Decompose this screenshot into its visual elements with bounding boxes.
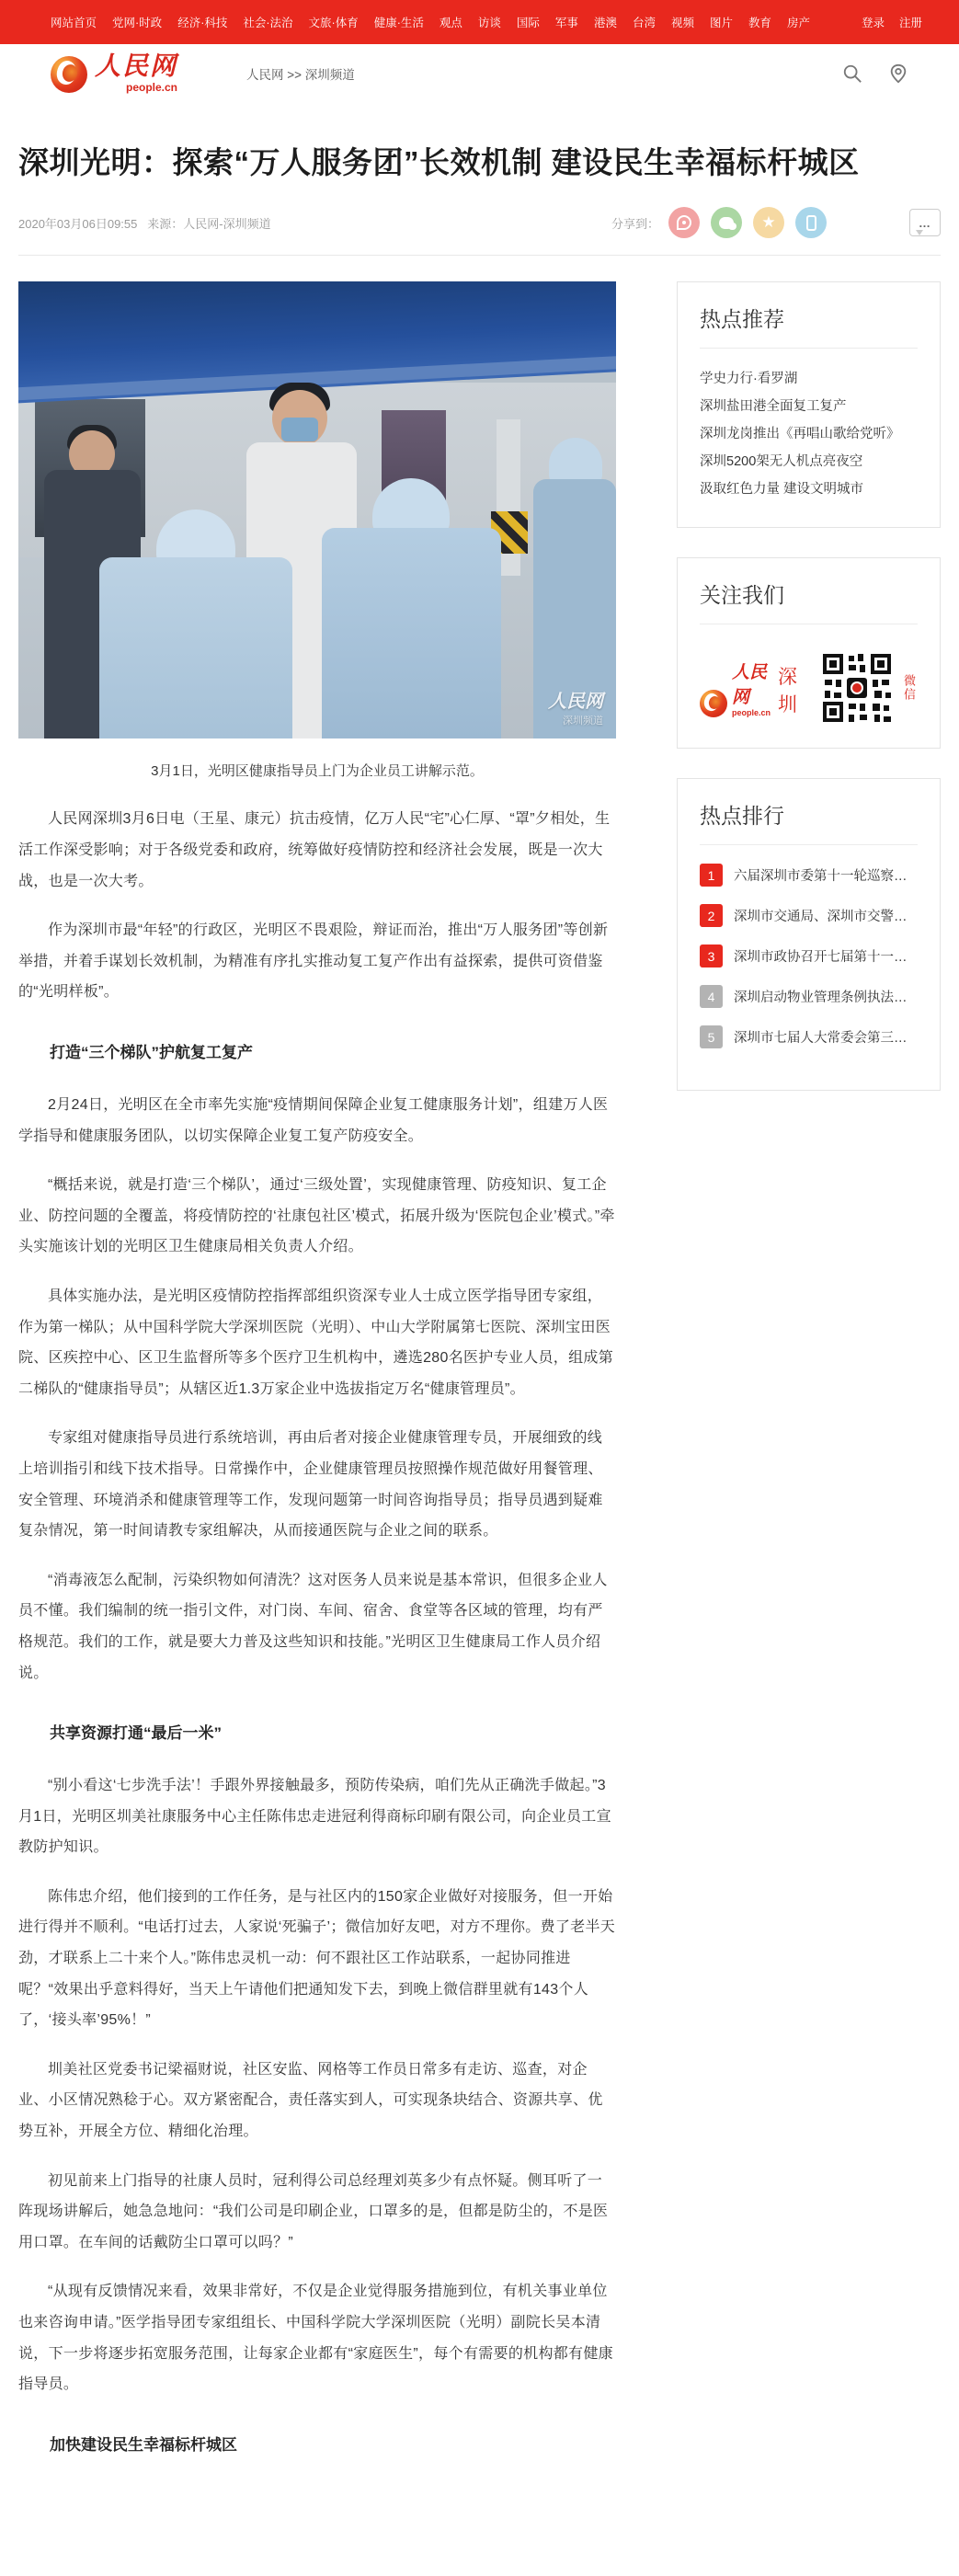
nav-link[interactable]: 健康·生活 (374, 14, 424, 30)
hot-rank-list: 1六届深圳市委第十一轮巡察整改情况...2深圳市交通局、深圳市交警局被立案...… (700, 864, 918, 1048)
nav-link[interactable]: 港澳 (594, 14, 617, 30)
person-protective-gown (322, 528, 501, 738)
article-paragraph: 初见前来上门指导的社康人员时，冠利得公司总经理刘英多少有点怀疑。侧耳听了一阵现场… (18, 2166, 616, 2259)
section-heading: 共享资源打通“最后一米” (18, 1720, 616, 1743)
region-label: 深圳 (778, 662, 808, 717)
article-column: 人民网 深圳频道 3月1日，光明区健康指导员上门为企业员工讲解示范。 人民网深圳… (18, 281, 616, 2481)
hot-recommend-link[interactable]: 学史力行·看罗湖 (700, 365, 918, 393)
rank-badge: 4 (700, 985, 723, 1008)
hot-recommend-link[interactable]: 深圳5200架无人机点亮夜空 (700, 448, 918, 475)
hot-rank-item[interactable]: 1六届深圳市委第十一轮巡察整改情况... (700, 864, 918, 887)
article-paragraph: 2月24日，光明区在全市率先实施“疫情期间保障企业复工健康服务计划”，组建万人医… (18, 1090, 616, 1151)
hot-rank-item[interactable]: 5深圳市七届人大常委会第三次会议拟... (700, 1025, 918, 1048)
article-paragraph: 陈伟忠介绍，他们接到的工作任务，是与社区内的150家企业做好对接服务，但一开始进… (18, 1882, 616, 2036)
register-link[interactable]: 注册 (899, 14, 922, 30)
article-paragraph: 人民网深圳3月6日电（王星、康元）抗击疫情，亿万人民“宅”心仁厚、“罩”夕相处，… (18, 804, 616, 897)
site-header: 人民网 people.cn 人民网 >> 深圳频道 (0, 44, 959, 103)
people-shenzhen-logo: 人民网 people.cn 深圳 (700, 658, 808, 717)
source-link[interactable]: 人民网-深圳频道 (183, 217, 270, 231)
sidebar: 热点推荐 学史力行·看罗湖深圳盐田港全面复工复产深圳龙岗推出《再唱山歌给党听》深… (677, 281, 941, 2481)
logo-english-text: people.cn (95, 82, 177, 93)
people-logo-icon (51, 56, 87, 93)
nav-link[interactable]: 观点 (440, 14, 462, 30)
mobile-share-icon[interactable] (795, 207, 827, 238)
rank-text: 深圳市交通局、深圳市交警局被立案... (734, 906, 918, 925)
follow-us-title: 关注我们 (700, 578, 918, 624)
top-navigation-bar: 网站首页党网·时政经济·科技社会·法治文旅·体育健康·生活观点访谈国际军事港澳台… (0, 0, 959, 44)
article-paragraph: “从现有反馈情况来看，效果非常好，不仅是企业觉得服务措施到位，有机关事业单位也来… (18, 2276, 616, 2399)
share-label: 分享到： (611, 214, 659, 232)
logo-chinese-text: 人民网 (95, 54, 177, 80)
article-paragraph: “别小看这‘七步洗手法’！手跟外界接触最多，预防传染病，咱们先从正确洗手做起。”… (18, 1770, 616, 1863)
nav-link[interactable]: 访谈 (478, 14, 501, 30)
rank-text: 六届深圳市委第十一轮巡察整改情况... (734, 865, 918, 885)
wechat-qr-code (821, 652, 893, 724)
article-photo: 人民网 深圳频道 (18, 281, 616, 738)
wechat-label: 微信 (900, 674, 918, 702)
article-header: 深圳光明：探索“万人服务团”长效机制 建设民生幸福标杆城区 2020年03月06… (18, 103, 941, 256)
article-meta: 2020年03月06日09:55 来源：人民网-深圳频道 (18, 214, 271, 232)
login-link[interactable]: 登录 (862, 14, 885, 30)
comment-icon[interactable]: … (909, 209, 941, 236)
nav-link[interactable]: 台湾 (633, 14, 656, 30)
hot-recommend-title: 热点推荐 (700, 303, 918, 349)
rank-text: 深圳启动物业管理条例执法检查 提升... (734, 987, 918, 1006)
nav-link[interactable]: 军事 (555, 14, 578, 30)
rank-badge: 5 (700, 1025, 723, 1048)
nav-link[interactable]: 经济·科技 (177, 14, 227, 30)
nav-link[interactable]: 社会·法治 (243, 14, 292, 30)
hot-rank-item[interactable]: 4深圳启动物业管理条例执法检查 提升... (700, 985, 918, 1008)
rank-text: 深圳市政协召开七届第十一次主席会... (734, 946, 918, 966)
article-paragraph: “概括来说，就是打造‘三个梯队’，通过‘三级处置’，实现健康管理、防疫知识、复工… (18, 1170, 616, 1263)
nav-link[interactable]: 视频 (671, 14, 694, 30)
nav-link[interactable]: 图片 (710, 14, 733, 30)
rank-badge: 3 (700, 945, 723, 967)
qzone-share-icon[interactable]: ★ (753, 207, 784, 238)
rank-text: 深圳市七届人大常委会第三次会议拟... (734, 1027, 918, 1047)
location-pin-icon[interactable] (888, 63, 908, 84)
weibo-share-icon[interactable] (668, 207, 700, 238)
hot-rank-item[interactable]: 2深圳市交通局、深圳市交警局被立案... (700, 904, 918, 927)
wechat-share-icon[interactable] (711, 207, 742, 238)
hot-recommend-box: 热点推荐 学史力行·看罗湖深圳盐田港全面复工复产深圳龙岗推出《再唱山歌给党听》深… (677, 281, 941, 528)
article-paragraph: “消毒液怎么配制，污染织物如何清洗？这对医务人员来说是基本常识，但很多企业人员不… (18, 1565, 616, 1689)
section-heading: 加快建设民生幸福标杆城区 (18, 2432, 616, 2455)
rank-badge: 1 (700, 864, 723, 887)
nav-link[interactable]: 网站首页 (51, 14, 97, 30)
photo-watermark: 人民网 深圳频道 (548, 686, 603, 727)
hot-recommend-link[interactable]: 汲取红色力量 建设文明城市 (700, 475, 918, 503)
hot-recommend-link[interactable]: 深圳龙岗推出《再唱山歌给党听》 (700, 420, 918, 448)
hot-rank-item[interactable]: 3深圳市政协召开七届第十一次主席会... (700, 945, 918, 967)
hot-recommend-list: 学史力行·看罗湖深圳盐田港全面复工复产深圳龙岗推出《再唱山歌给党听》深圳5200… (700, 365, 918, 503)
article-paragraph: 专家组对健康指导员进行系统培训，再由后者对接企业健康管理专员，开展细致的线上培训… (18, 1423, 616, 1546)
photo-caption: 3月1日，光明区健康指导员上门为企业员工讲解示范。 (18, 761, 616, 780)
hot-recommend-link[interactable]: 深圳盐田港全面复工复产 (700, 393, 918, 420)
nav-link[interactable]: 党网·时政 (112, 14, 162, 30)
article-paragraph: 圳美社区党委书记梁福财说，社区安监、网格等工作员日常多有走访、巡查，对企业、小区… (18, 2055, 616, 2147)
source-label: 来源： (147, 217, 183, 231)
section-heading: 打造“三个梯队”护航复工复产 (18, 1039, 616, 1062)
search-icon[interactable] (842, 63, 862, 84)
nav-links: 网站首页党网·时政经济·科技社会·法治文旅·体育健康·生活观点访谈国际军事港澳台… (51, 14, 826, 30)
article-body: 人民网深圳3月6日电（王星、康元）抗击疫情，亿万人民“宅”心仁厚、“罩”夕相处，… (18, 804, 616, 2454)
hot-rank-box: 热点排行 1六届深圳市委第十一轮巡察整改情况...2深圳市交通局、深圳市交警局被… (677, 778, 941, 1091)
nav-link[interactable]: 房产 (787, 14, 810, 30)
nav-link[interactable]: 教育 (748, 14, 771, 30)
article-paragraph: 具体实施办法，是光明区疫情防控指挥部组织资深专业人士成立医学指导团专家组，作为第… (18, 1281, 616, 1404)
hot-rank-title: 热点排行 (700, 799, 918, 845)
rank-badge: 2 (700, 904, 723, 927)
article-paragraph: 作为深圳市最“年轻”的行政区，光明区不畏艰险，辩证而治，推出“万人服务团”等创新… (18, 915, 616, 1008)
publish-date: 2020年03月06日09:55 (18, 217, 137, 231)
nav-link[interactable]: 国际 (517, 14, 540, 30)
page-title: 深圳光明：探索“万人服务团”长效机制 建设民生幸福标杆城区 (18, 138, 941, 187)
nav-link[interactable]: 文旅·体育 (309, 14, 359, 30)
people-logo-icon (700, 690, 727, 717)
person-protective-gown (99, 557, 292, 738)
breadcrumb[interactable]: 人民网 >> 深圳频道 (246, 64, 355, 83)
follow-us-box: 关注我们 人民网 people.cn 深圳 (677, 557, 941, 749)
people-cn-logo[interactable]: 人民网 people.cn (51, 54, 177, 93)
